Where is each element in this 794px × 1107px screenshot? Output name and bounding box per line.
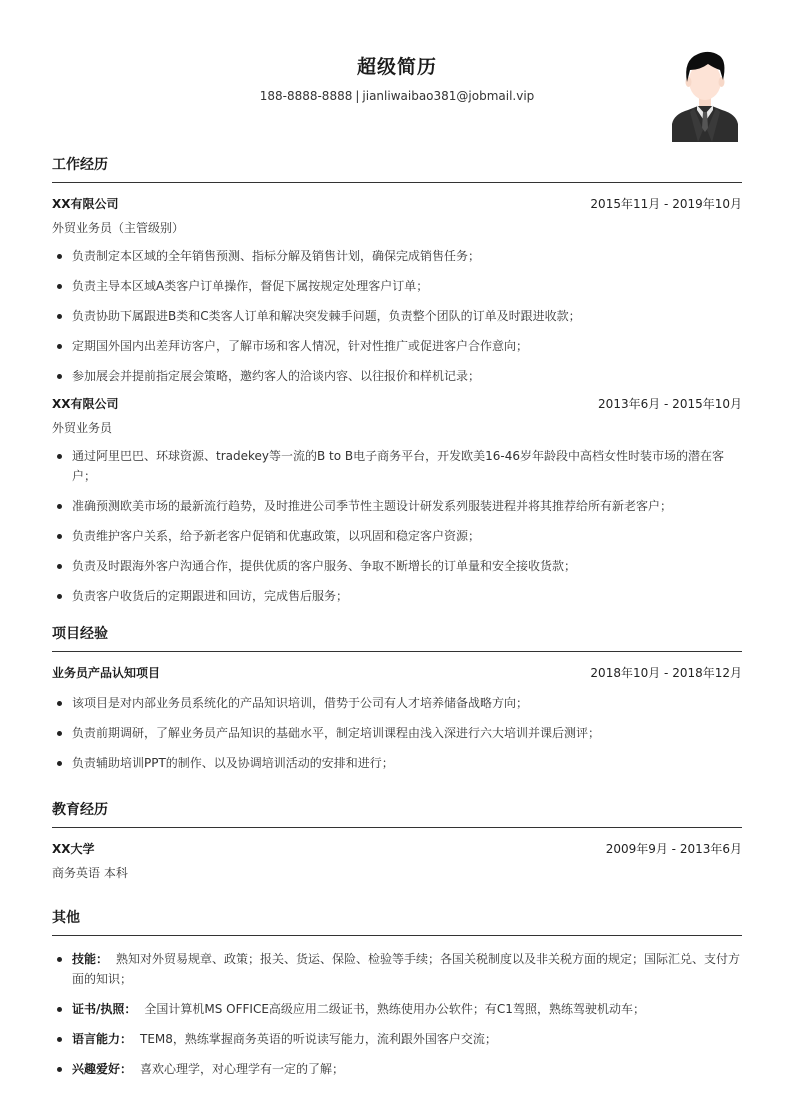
project-entry: 业务员产品认知项目 2018年10月 - 2018年12月 该项目是对内部业务员… [52, 660, 742, 778]
item-text: 熟知对外贸易规章、政策；报关、货运、保险、检验等手续；各国关税制度以及非关税方面… [72, 952, 740, 986]
company-name: XX有限公司 [52, 195, 119, 212]
item-label: 技能： [72, 952, 108, 966]
list-item: 准确预测欧美市场的最新流行趋势，及时推进公司季节性主题设计研发系列服装进程并将其… [72, 491, 742, 521]
job-role: 外贸业务员（主管级别） [52, 215, 742, 241]
project-experience-section: 项目经验 业务员产品认知项目 2018年10月 - 2018年12月 该项目是对… [52, 622, 742, 778]
list-item: 负责客户收货后的定期跟进和回访，完成售后服务； [72, 581, 742, 611]
list-item: 负责制定本区域的全年销售预测、指标分解及销售计划，确保完成销售任务； [72, 241, 742, 271]
project-name: 业务员产品认知项目 [52, 664, 160, 681]
work-experience-section: 工作经历 XX有限公司 2015年11月 - 2019年10月 外贸业务员（主管… [52, 153, 742, 611]
entry-date: 2009年9月 - 2013年6月 [606, 840, 742, 857]
list-item: 该项目是对内部业务员系统化的产品知识培训，借势于公司有人才培养储备战略方向； [72, 688, 742, 718]
list-item: 定期国外国内出差拜访客户，了解市场和客人情况，针对性推广或促进客户合作意向； [72, 331, 742, 361]
section-title-other: 其他 [52, 906, 742, 936]
list-item: 负责及时跟海外客户沟通合作，提供优质的客户服务、争取不断增长的订单量和安全接收货… [72, 551, 742, 581]
bullet-list: 通过阿里巴巴、环球资源、tradekey等一流的B to B电子商务平台，开发欧… [52, 441, 742, 611]
entry-date: 2018年10月 - 2018年12月 [590, 664, 742, 681]
education-entry: XX大学 2009年9月 - 2013年6月 商务英语 本科 [52, 836, 742, 886]
school-name: XX大学 [52, 840, 95, 857]
contact-separator: | [355, 89, 359, 103]
education-section: 教育经历 XX大学 2009年9月 - 2013年6月 商务英语 本科 [52, 798, 742, 886]
list-item: 负责维护客户关系，给予新老客户促销和优惠政策，以巩固和稳定客户资源； [72, 521, 742, 551]
section-title-project: 项目经验 [52, 622, 742, 652]
person-avatar-icon [670, 48, 740, 142]
email-address: jianliwaibao381@jobmail.vip [362, 89, 534, 103]
list-item: 参加展会并提前指定展会策略，邀约客人的洽谈内容、以往报价和样机记录； [72, 361, 742, 391]
entry-header: XX有限公司 2013年6月 - 2015年10月 [52, 391, 742, 415]
job-role: 外贸业务员 [52, 415, 742, 441]
company-name: XX有限公司 [52, 395, 119, 412]
bullet-list: 负责制定本区域的全年销售预测、指标分解及销售计划，确保完成销售任务； 负责主导本… [52, 241, 742, 391]
list-item: 通过阿里巴巴、环球资源、tradekey等一流的B to B电子商务平台，开发欧… [72, 441, 742, 491]
section-title-work: 工作经历 [52, 153, 742, 183]
entry-header: 业务员产品认知项目 2018年10月 - 2018年12月 [52, 660, 742, 684]
item-label: 兴趣爱好： [72, 1062, 132, 1076]
section-title-education: 教育经历 [52, 798, 742, 828]
list-item-certificates: 证书/执照：全国计算机MS OFFICE高级应用二级证书，熟练使用办公软件；有C… [72, 994, 742, 1024]
item-text: TEM8，熟练掌握商务英语的听说读写能力，流利跟外国客户交流； [140, 1032, 497, 1046]
item-text: 全国计算机MS OFFICE高级应用二级证书，熟练使用办公软件；有C1驾照，熟练… [144, 1002, 645, 1016]
other-section: 其他 技能：熟知对外贸易规章、政策；报关、货运、保险、检验等手续；各国关税制度以… [52, 906, 742, 1084]
phone-number: 188-8888-8888 [260, 89, 353, 103]
list-item-languages: 语言能力：TEM8，熟练掌握商务英语的听说读写能力，流利跟外国客户交流； [72, 1024, 742, 1054]
entry-date: 2013年6月 - 2015年10月 [598, 395, 742, 412]
list-item: 负责前期调研，了解业务员产品知识的基础水平，制定培训课程由浅入深进行六大培训并课… [72, 718, 742, 748]
list-item-hobbies: 兴趣爱好：喜欢心理学，对心理学有一定的了解； [72, 1054, 742, 1084]
item-text: 喜欢心理学，对心理学有一定的了解； [140, 1062, 344, 1076]
candidate-name: 超级简历 [52, 52, 742, 79]
item-label: 证书/执照： [72, 1002, 136, 1016]
entry-header: XX大学 2009年9月 - 2013年6月 [52, 836, 742, 860]
resume-header: 超级简历 188-8888-8888|jianliwaibao381@jobma… [52, 0, 742, 150]
entry-date: 2015年11月 - 2019年10月 [590, 195, 742, 212]
work-entry: XX有限公司 2013年6月 - 2015年10月 外贸业务员 通过阿里巴巴、环… [52, 391, 742, 611]
entry-header: XX有限公司 2015年11月 - 2019年10月 [52, 191, 742, 215]
bullet-list: 该项目是对内部业务员系统化的产品知识培训，借势于公司有人才培养储备战略方向； 负… [52, 688, 742, 778]
item-label: 语言能力： [72, 1032, 132, 1046]
major-degree: 商务英语 本科 [52, 860, 742, 886]
contact-line: 188-8888-8888|jianliwaibao381@jobmail.vi… [52, 89, 742, 103]
list-item-skills: 技能：熟知对外贸易规章、政策；报关、货运、保险、检验等手续；各国关税制度以及非关… [72, 944, 742, 994]
work-entry: XX有限公司 2015年11月 - 2019年10月 外贸业务员（主管级别） 负… [52, 191, 742, 391]
bullet-list: 技能：熟知对外贸易规章、政策；报关、货运、保险、检验等手续；各国关税制度以及非关… [52, 944, 742, 1084]
list-item: 负责主导本区域A类客户订单操作，督促下属按规定处理客户订单； [72, 271, 742, 301]
list-item: 负责协助下属跟进B类和C类客人订单和解决突发棘手问题，负责整个团队的订单及时跟进… [72, 301, 742, 331]
list-item: 负责辅助培训PPT的制作、以及协调培训活动的安排和进行； [72, 748, 742, 778]
resume-page: 超级简历 188-8888-8888|jianliwaibao381@jobma… [52, 0, 742, 150]
